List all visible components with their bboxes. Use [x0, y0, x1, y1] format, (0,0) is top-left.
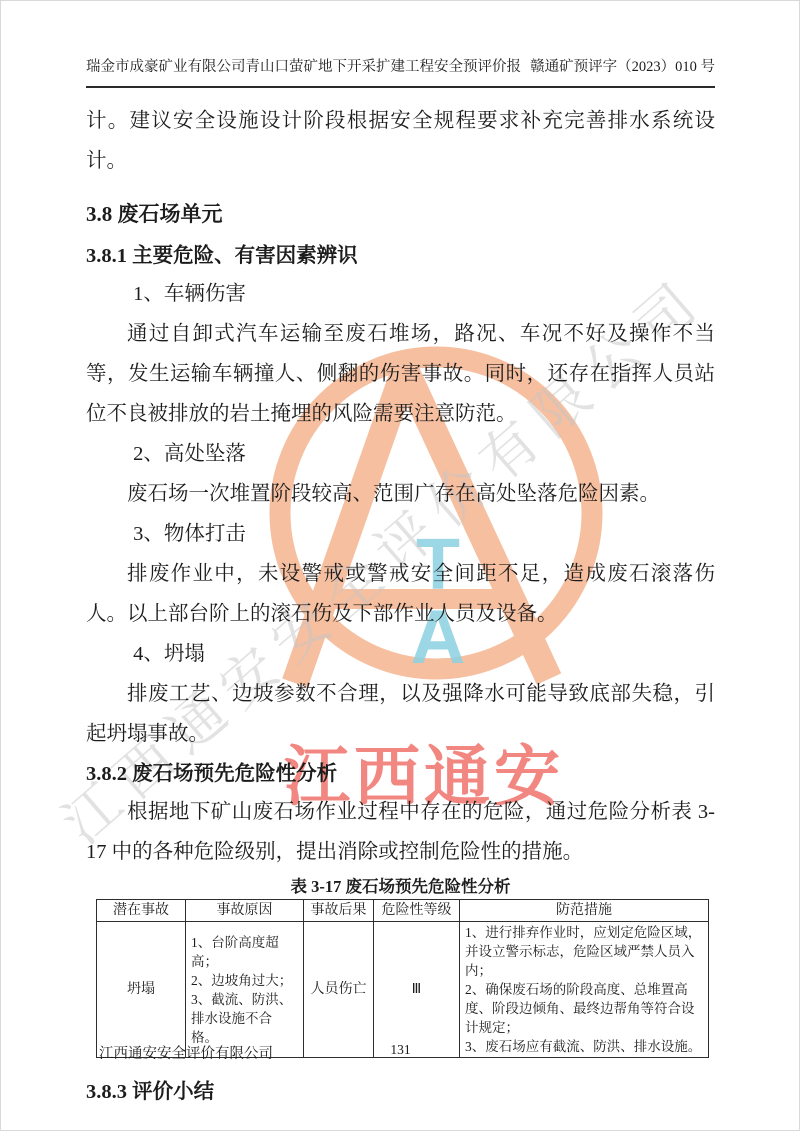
cell-causes: 1、台阶高度超高； 2、边坡角过大； 3、截流、防洪、排水设施不合格。: [186, 922, 304, 1058]
hazard-item-3-title: 3、物体打击: [86, 514, 715, 554]
footer-company-name: 江西通安安全评价有限公司: [99, 1042, 273, 1063]
hazard-item-1-title: 1、车辆伤害: [86, 274, 715, 314]
cell-potential-accident: 坍塌: [97, 922, 186, 1058]
intro-paragraph: 计。建议安全设施设计阶段根据安全规程要求补充完善排水系统设计。: [86, 101, 715, 181]
heading-3-8-1: 3.8.1 主要危险、有害因素辨识: [86, 238, 715, 274]
hazard-item-1-paragraph: 通过自卸式汽车运输至废石堆场，路况、车况不好及操作不当等，发生运输车辆撞人、侧翻…: [86, 314, 715, 434]
hazard-item-2-paragraph: 废石场一次堆置阶段较高、范围广存在高处坠落危险因素。: [86, 474, 715, 514]
report-page: T A 江西通安安全评价有限公司 江西通安 瑞金市成豪矿业有限公司青山口萤矿地下…: [0, 0, 800, 1131]
cell-consequence: 人员伤亡: [304, 922, 374, 1058]
risk-analysis-table: 潜在事故 事故原因 事故后果 危险性等级 防范措施 坍塌 1、台阶高度超高； 2…: [96, 899, 709, 1058]
heading-3-8-2: 3.8.2 废石场预先危险性分析: [86, 756, 715, 792]
heading-3-8: 3.8 废石场单元: [86, 196, 715, 232]
analysis-paragraph: 根据地下矿山废石场作业过程中存在的危险，通过危险分析表 3-17 中的各种危险级…: [86, 792, 715, 872]
col-header-consequence: 事故后果: [304, 900, 374, 922]
cell-risk-level: Ⅲ: [374, 922, 460, 1058]
hazard-item-4-title: 4、坍塌: [86, 634, 715, 674]
col-header-potential-accident: 潜在事故: [97, 900, 186, 922]
col-header-measures: 防范措施: [460, 900, 709, 922]
table-row: 坍塌 1、台阶高度超高； 2、边坡角过大； 3、截流、防洪、排水设施不合格。 人…: [97, 922, 709, 1058]
hazard-item-4-paragraph: 排废工艺、边坡参数不合理，以及强降水可能导致底部失稳，引起坍塌事故。: [86, 674, 715, 754]
heading-3-8-3: 3.8.3 评价小结: [86, 1074, 715, 1110]
footer-page-number: 131: [390, 1042, 410, 1058]
col-header-risk-level: 危险性等级: [374, 900, 460, 922]
cell-measures: 1、进行排弃作业时，应划定危险区域，并设立警示标志，危险区域严禁人员入内； 2、…: [460, 922, 709, 1058]
table-title: 表 3-17 废石场预先危险性分析: [86, 877, 715, 897]
hazard-item-3-paragraph: 排废作业中，未设警戒或警戒安全间距不足，造成废石滚落伤人。以上部台阶上的滚石伤及…: [86, 554, 715, 634]
page-header: 瑞金市成豪矿业有限公司青山口萤矿地下开采扩建工程安全预评价报 赣通矿预评字（20…: [86, 55, 715, 88]
hazard-item-2-title: 2、高处坠落: [86, 434, 715, 474]
header-report-title: 瑞金市成豪矿业有限公司青山口萤矿地下开采扩建工程安全预评价报: [86, 55, 521, 76]
col-header-cause: 事故原因: [186, 900, 304, 922]
page-content: 计。建议安全设施设计阶段根据安全规程要求补充完善排水系统设计。 3.8 废石场单…: [86, 101, 715, 1110]
header-doc-number: 赣通矿预评字（2023）010 号: [530, 55, 715, 76]
table-header-row: 潜在事故 事故原因 事故后果 危险性等级 防范措施: [97, 900, 709, 922]
